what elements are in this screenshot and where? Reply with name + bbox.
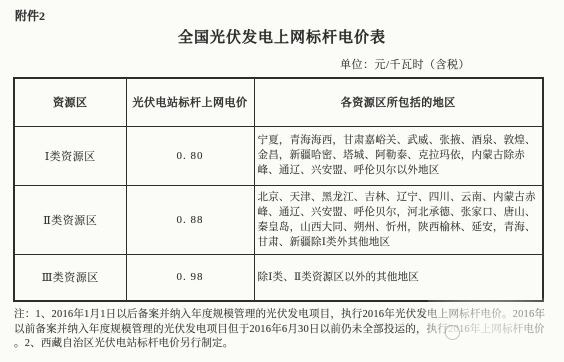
header-included-regions: 各资源区所包括的地区 — [254, 78, 543, 126]
table-row-zone-1: Ⅰ类资源区 0. 80 宁夏，青海海西，甘肃嘉峪关、武威、张掖、酒泉、敦煌、金昌… — [14, 126, 543, 185]
footnotes: 注：1、2016年1月1日以后备案并纳入年度规模管理的光伏发电项目，执行2016… — [14, 308, 558, 352]
zone-cell: Ⅱ类资源区 — [14, 185, 126, 254]
header-benchmark-price: 光伏电站标杆上网电价 — [126, 78, 254, 126]
regions-cell: 北京、天津、黑龙江、吉林、辽宁、四川、云南、内蒙古赤峰、通辽、兴安盟、呼伦贝尔，… — [254, 185, 543, 254]
price-cell: 0. 80 — [126, 126, 254, 185]
footnote-line: 以前备案并纳入年度规模管理的光伏发电项目但于2016年6月30日以前仍未全部投运… — [14, 323, 558, 338]
attachment-label: 附件2 — [15, 7, 45, 24]
unit-note: 单位：元/千瓦时（含税） — [340, 56, 470, 72]
page-title: 全国光伏发电上网标杆电价表 — [0, 26, 564, 47]
price-cell: 0. 98 — [126, 254, 254, 301]
table-row-zone-3: Ⅲ类资源区 0. 98 除Ⅰ类、Ⅱ类资源区以外的其他地区 — [14, 254, 543, 301]
footnote-line: 。2、西藏自治区光伏电站标杆电价另行制定。 — [14, 337, 558, 352]
footnote-line: 注：1、2016年1月1日以后备案并纳入年度规模管理的光伏发电项目，执行2016… — [14, 308, 558, 323]
price-cell: 0. 88 — [126, 185, 254, 254]
zone-cell: Ⅰ类资源区 — [14, 126, 126, 185]
zone-cell: Ⅲ类资源区 — [14, 254, 126, 301]
table-header-row: 资源区 光伏电站标杆上网电价 各资源区所包括的地区 — [14, 78, 543, 126]
regions-cell: 宁夏，青海海西，甘肃嘉峪关、武威、张掖、酒泉、敦煌、金昌，新疆哈密、塔城、阿勒泰… — [254, 126, 543, 185]
document-page: 附件2 全国光伏发电上网标杆电价表 单位：元/千瓦时（含税） 资源区 光伏电站标… — [0, 0, 564, 362]
table-row-zone-2: Ⅱ类资源区 0. 88 北京、天津、黑龙江、吉林、辽宁、四川、云南、内蒙古赤峰、… — [14, 185, 543, 254]
header-resource-zone: 资源区 — [14, 78, 126, 126]
regions-cell: 除Ⅰ类、Ⅱ类资源区以外的其他地区 — [254, 254, 543, 301]
tariff-table: 资源区 光伏电站标杆上网电价 各资源区所包括的地区 Ⅰ类资源区 0. 80 宁夏… — [13, 77, 544, 302]
